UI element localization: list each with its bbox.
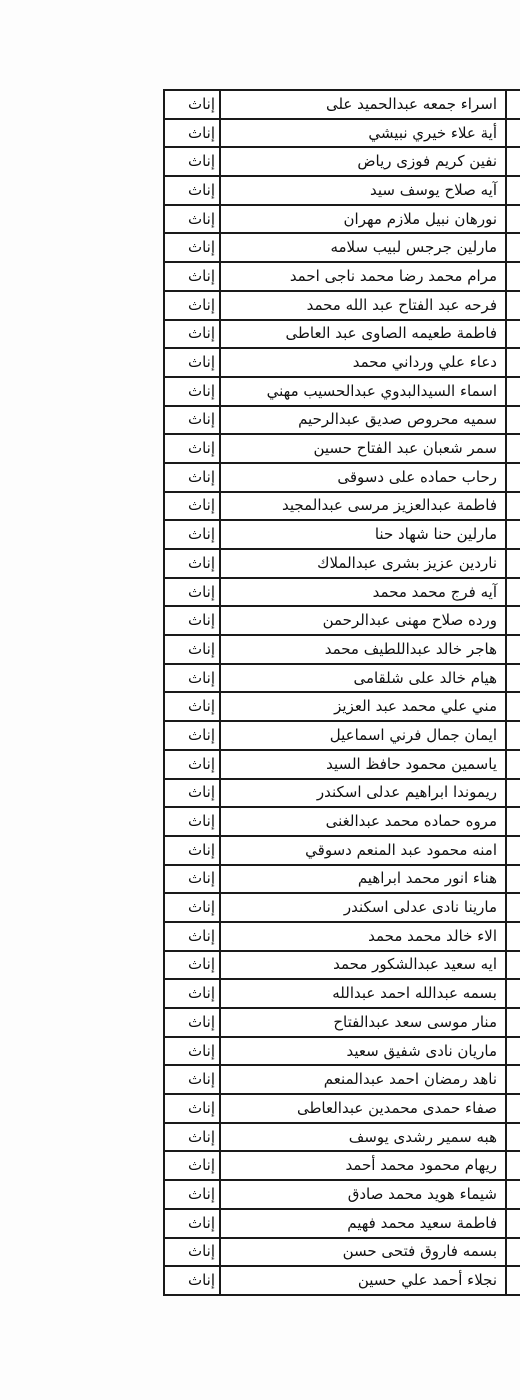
clipped-edge-cell	[506, 463, 520, 492]
table-row: إناثسمر شعبان عبد الفتاح حسين	[164, 434, 520, 463]
clipped-edge-cell	[506, 348, 520, 377]
gender-cell: إناث	[164, 807, 220, 836]
gender-cell: إناث	[164, 893, 220, 922]
clipped-edge-cell	[506, 1238, 520, 1267]
name-cell: نفين كريم فوزى رياض	[220, 147, 506, 176]
names-table: إناثاسراء جمعه عبدالحميد علىإناثأية علاء…	[163, 89, 520, 1296]
gender-cell: إناث	[164, 922, 220, 951]
name-cell: نجلاء أحمد علي حسين	[220, 1266, 506, 1295]
gender-cell: إناث	[164, 1266, 220, 1295]
table-row: إناثمارلين جرجس لبيب سلامه	[164, 233, 520, 262]
clipped-edge-cell	[506, 1180, 520, 1209]
table-row: إناثياسمين محمود حافظ السيد	[164, 750, 520, 779]
clipped-edge-cell	[506, 406, 520, 435]
clipped-edge-cell	[506, 1151, 520, 1180]
gender-cell: إناث	[164, 233, 220, 262]
table-row: إناثسميه محروص صديق عبدالرحيم	[164, 406, 520, 435]
table-row: إناثآيه فرج محمد محمد	[164, 578, 520, 607]
name-cell: سمر شعبان عبد الفتاح حسين	[220, 434, 506, 463]
table-body: إناثاسراء جمعه عبدالحميد علىإناثأية علاء…	[164, 90, 520, 1295]
name-cell: فاطمة سعيد محمد فهيم	[220, 1209, 506, 1238]
gender-cell: إناث	[164, 979, 220, 1008]
table-row: إناثناردين عزيز بشرى عبدالملاك	[164, 549, 520, 578]
gender-cell: إناث	[164, 692, 220, 721]
gender-cell: إناث	[164, 492, 220, 521]
clipped-edge-cell	[506, 205, 520, 234]
gender-cell: إناث	[164, 463, 220, 492]
clipped-edge-cell	[506, 922, 520, 951]
gender-cell: إناث	[164, 1008, 220, 1037]
clipped-edge-cell	[506, 692, 520, 721]
name-cell: ناهد رمضان احمد عبدالمنعم	[220, 1065, 506, 1094]
clipped-edge-cell	[506, 1123, 520, 1152]
table-row: إناثأية علاء خيري نبيشي	[164, 119, 520, 148]
table-row: إناثريموندا ابراهيم عدلى اسكندر	[164, 779, 520, 808]
name-cell: آيه صلاح يوسف سيد	[220, 176, 506, 205]
clipped-edge-cell	[506, 233, 520, 262]
clipped-edge-cell	[506, 779, 520, 808]
table-row: إناثفاطمة سعيد محمد فهيم	[164, 1209, 520, 1238]
name-cell: فرحه عبد الفتاح عبد الله محمد	[220, 291, 506, 320]
gender-cell: إناث	[164, 1065, 220, 1094]
gender-cell: إناث	[164, 320, 220, 349]
gender-cell: إناث	[164, 291, 220, 320]
clipped-edge-cell	[506, 635, 520, 664]
table-row: إناثرحاب حماده على دسوقى	[164, 463, 520, 492]
name-cell: امنه محمود عبد المنعم دسوقي	[220, 836, 506, 865]
table-row: إناثنجلاء أحمد علي حسين	[164, 1266, 520, 1295]
name-cell: ماريان نادى شفيق سعيد	[220, 1037, 506, 1066]
name-cell: نورهان نبيل ملازم مهران	[220, 205, 506, 234]
table-row: إناثمني علي محمد عبد العزيز	[164, 692, 520, 721]
table-row: إناثصفاء حمدى محمدين عبدالعاطى	[164, 1094, 520, 1123]
clipped-edge-cell	[506, 578, 520, 607]
gender-cell: إناث	[164, 90, 220, 119]
table-row: إناثشيماء هويد محمد صادق	[164, 1180, 520, 1209]
table-row: إناثهناء انور محمد ابراهيم	[164, 865, 520, 894]
name-cell: منار موسى سعد عبدالفتاح	[220, 1008, 506, 1037]
table-row: إناثايمان جمال فرني اسماعيل	[164, 721, 520, 750]
gender-cell: إناث	[164, 262, 220, 291]
name-cell: ريهام محمود محمد أحمد	[220, 1151, 506, 1180]
table-row: إناثالاء خالد محمد محمد	[164, 922, 520, 951]
table-row: إناثهيام خالد على شلقامى	[164, 664, 520, 693]
table-row: إناثنفين كريم فوزى رياض	[164, 147, 520, 176]
table-row: إناثمارلين حنا شهاد حنا	[164, 520, 520, 549]
gender-cell: إناث	[164, 119, 220, 148]
clipped-edge-cell	[506, 147, 520, 176]
gender-cell: إناث	[164, 779, 220, 808]
gender-cell: إناث	[164, 606, 220, 635]
name-cell: ورده صلاح مهنى عبدالرحمن	[220, 606, 506, 635]
clipped-edge-cell	[506, 1094, 520, 1123]
gender-cell: إناث	[164, 750, 220, 779]
name-cell: صفاء حمدى محمدين عبدالعاطى	[220, 1094, 506, 1123]
name-cell: الاء خالد محمد محمد	[220, 922, 506, 951]
clipped-edge-cell	[506, 434, 520, 463]
name-cell: رحاب حماده على دسوقى	[220, 463, 506, 492]
clipped-edge-cell	[506, 979, 520, 1008]
name-cell: هناء انور محمد ابراهيم	[220, 865, 506, 894]
table-row: إناثناهد رمضان احمد عبدالمنعم	[164, 1065, 520, 1094]
name-cell: بسمه فاروق فتحى حسن	[220, 1238, 506, 1267]
name-cell: هاجر خالد عبداللطيف محمد	[220, 635, 506, 664]
gender-cell: إناث	[164, 176, 220, 205]
table-row: إناثنورهان نبيل ملازم مهران	[164, 205, 520, 234]
name-cell: ايه سعيد عبدالشكور محمد	[220, 951, 506, 980]
table-row: إناثآيه صلاح يوسف سيد	[164, 176, 520, 205]
table-row: إناثهبه سمير رشدى يوسف	[164, 1123, 520, 1152]
name-cell: هبه سمير رشدى يوسف	[220, 1123, 506, 1152]
name-cell: دعاء علي ورداني محمد	[220, 348, 506, 377]
clipped-edge-cell	[506, 1266, 520, 1295]
gender-cell: إناث	[164, 1037, 220, 1066]
clipped-edge-cell	[506, 520, 520, 549]
gender-cell: إناث	[164, 1180, 220, 1209]
name-cell: سميه محروص صديق عبدالرحيم	[220, 406, 506, 435]
name-cell: مارلين جرجس لبيب سلامه	[220, 233, 506, 262]
clipped-edge-cell	[506, 721, 520, 750]
table-row: إناثماريان نادى شفيق سعيد	[164, 1037, 520, 1066]
clipped-edge-cell	[506, 1209, 520, 1238]
gender-cell: إناث	[164, 865, 220, 894]
gender-cell: إناث	[164, 147, 220, 176]
table-row: إناثبسمه عبدالله احمد عبدالله	[164, 979, 520, 1008]
table-row: إناثدعاء علي ورداني محمد	[164, 348, 520, 377]
name-cell: فاطمة عبدالعزيز مرسى عبدالمجيد	[220, 492, 506, 521]
gender-cell: إناث	[164, 951, 220, 980]
name-cell: آيه فرج محمد محمد	[220, 578, 506, 607]
name-cell: ريموندا ابراهيم عدلى اسكندر	[220, 779, 506, 808]
table-row: إناثمارينا نادى عدلى اسكندر	[164, 893, 520, 922]
table-row: إناثاسماء السيدالبدوي عبدالحسيب مهني	[164, 377, 520, 406]
gender-cell: إناث	[164, 549, 220, 578]
gender-cell: إناث	[164, 520, 220, 549]
clipped-edge-cell	[506, 262, 520, 291]
clipped-edge-cell	[506, 549, 520, 578]
clipped-edge-cell	[506, 951, 520, 980]
gender-cell: إناث	[164, 721, 220, 750]
clipped-edge-cell	[506, 807, 520, 836]
gender-cell: إناث	[164, 1238, 220, 1267]
clipped-edge-cell	[506, 836, 520, 865]
clipped-edge-cell	[506, 320, 520, 349]
name-cell: ناردين عزيز بشرى عبدالملاك	[220, 549, 506, 578]
name-cell: أية علاء خيري نبيشي	[220, 119, 506, 148]
document-page: إناثاسراء جمعه عبدالحميد علىإناثأية علاء…	[0, 0, 520, 1400]
clipped-edge-cell	[506, 664, 520, 693]
gender-cell: إناث	[164, 406, 220, 435]
table-row: إناثايه سعيد عبدالشكور محمد	[164, 951, 520, 980]
name-cell: هيام خالد على شلقامى	[220, 664, 506, 693]
name-cell: فاطمة طعيمه الصاوى عبد العاطى	[220, 320, 506, 349]
table-row: إناثورده صلاح مهنى عبدالرحمن	[164, 606, 520, 635]
gender-cell: إناث	[164, 348, 220, 377]
table-row: إناثفرحه عبد الفتاح عبد الله محمد	[164, 291, 520, 320]
clipped-edge-cell	[506, 606, 520, 635]
clipped-edge-cell	[506, 90, 520, 119]
table-row: إناثهاجر خالد عبداللطيف محمد	[164, 635, 520, 664]
clipped-edge-cell	[506, 492, 520, 521]
name-cell: ياسمين محمود حافظ السيد	[220, 750, 506, 779]
clipped-edge-cell	[506, 119, 520, 148]
name-cell: مرام محمد رضا محمد ناجى احمد	[220, 262, 506, 291]
name-cell: شيماء هويد محمد صادق	[220, 1180, 506, 1209]
clipped-edge-cell	[506, 893, 520, 922]
gender-cell: إناث	[164, 1094, 220, 1123]
table-row: إناثبسمه فاروق فتحى حسن	[164, 1238, 520, 1267]
gender-cell: إناث	[164, 578, 220, 607]
gender-cell: إناث	[164, 434, 220, 463]
gender-cell: إناث	[164, 377, 220, 406]
clipped-edge-cell	[506, 1065, 520, 1094]
name-cell: مروه حماده محمد عبدالغنى	[220, 807, 506, 836]
table-row: إناثريهام محمود محمد أحمد	[164, 1151, 520, 1180]
gender-cell: إناث	[164, 836, 220, 865]
gender-cell: إناث	[164, 1209, 220, 1238]
clipped-edge-cell	[506, 176, 520, 205]
gender-cell: إناث	[164, 664, 220, 693]
name-cell: مارلين حنا شهاد حنا	[220, 520, 506, 549]
clipped-edge-cell	[506, 750, 520, 779]
name-cell: اسماء السيدالبدوي عبدالحسيب مهني	[220, 377, 506, 406]
gender-cell: إناث	[164, 1123, 220, 1152]
name-cell: مارينا نادى عدلى اسكندر	[220, 893, 506, 922]
name-cell: مني علي محمد عبد العزيز	[220, 692, 506, 721]
table-row: إناثفاطمة طعيمه الصاوى عبد العاطى	[164, 320, 520, 349]
table-row: إناثمرام محمد رضا محمد ناجى احمد	[164, 262, 520, 291]
table-row: إناثمروه حماده محمد عبدالغنى	[164, 807, 520, 836]
clipped-edge-cell	[506, 1037, 520, 1066]
table-clip-region: إناثاسراء جمعه عبدالحميد علىإناثأية علاء…	[163, 89, 520, 1309]
clipped-edge-cell	[506, 865, 520, 894]
clipped-edge-cell	[506, 1008, 520, 1037]
gender-cell: إناث	[164, 1151, 220, 1180]
table-row: إناثمنار موسى سعد عبدالفتاح	[164, 1008, 520, 1037]
clipped-edge-cell	[506, 377, 520, 406]
table-row: إناثاسراء جمعه عبدالحميد على	[164, 90, 520, 119]
table-row: إناثامنه محمود عبد المنعم دسوقي	[164, 836, 520, 865]
gender-cell: إناث	[164, 205, 220, 234]
table-row: إناثفاطمة عبدالعزيز مرسى عبدالمجيد	[164, 492, 520, 521]
gender-cell: إناث	[164, 635, 220, 664]
name-cell: بسمه عبدالله احمد عبدالله	[220, 979, 506, 1008]
name-cell: اسراء جمعه عبدالحميد على	[220, 90, 506, 119]
name-cell: ايمان جمال فرني اسماعيل	[220, 721, 506, 750]
clipped-edge-cell	[506, 291, 520, 320]
